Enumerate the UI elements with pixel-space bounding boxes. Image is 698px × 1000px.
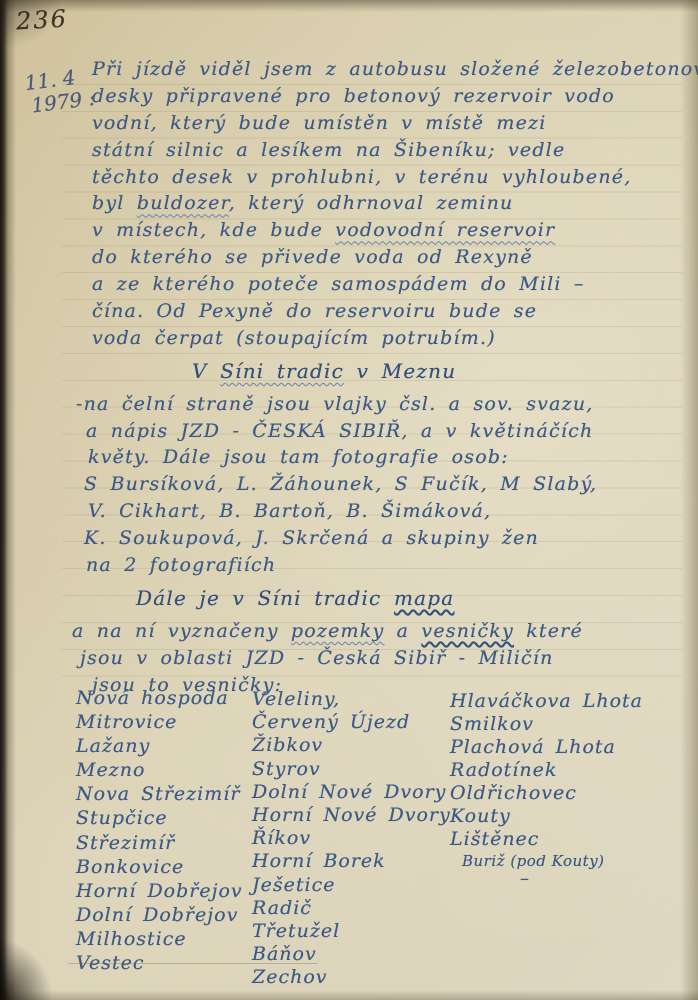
handwritten-line: byl buldozer, který odhrnoval zeminu [92, 190, 688, 217]
village-list-item: Veleliny, [252, 688, 451, 711]
handwritten-line: desky připravené pro betonový rezervoir … [92, 83, 688, 110]
village-list-item: Střezimíř [76, 831, 243, 855]
page-number: 236 [15, 5, 68, 36]
scan-edge-bottom [0, 990, 698, 1000]
handwritten-heading: V Síni tradic v Meznu [192, 352, 688, 391]
handwritten-line: Při jízdě viděl jsem z autobusu složené … [92, 56, 688, 83]
village-list-item: Nova Střezimíř [76, 782, 243, 806]
village-list-item: Dolní Nové Dvory [252, 781, 451, 804]
village-list-item: Smilkov [450, 713, 643, 736]
handwritten-line: květy. Dále jsou tam fotografie osob: [88, 444, 688, 471]
village-list-item: Bonkovice [76, 855, 243, 879]
village-list-item: Mezno [76, 758, 243, 782]
village-list-item: Dolní Dobřejov [76, 903, 243, 927]
village-list-item: Radotínek [450, 759, 643, 782]
village-list-item: Mitrovice [76, 710, 243, 734]
handwritten-line: a ze kterého poteče samospádem do Mili – [92, 271, 688, 298]
village-list-item: Říkov [252, 827, 451, 850]
handwritten-line: těchto desek v prohlubni, v terénu vyhlo… [92, 164, 688, 191]
village-list-column-3: Hlaváčkova LhotaSmilkovPlachová LhotaRad… [450, 690, 643, 851]
village-list-item: Oldřichovec [450, 782, 643, 805]
bottom-pencil-rule [68, 963, 318, 964]
village-list-item: Červený Újezd [252, 711, 451, 734]
handwritten-line: státní silnic a lesíkem na Šibeníku; ved… [92, 137, 688, 164]
village-list-item: Stupčice [76, 806, 243, 830]
village-list-item: Lištěnec [450, 828, 643, 851]
village-list-item: Horní Dobřejov [76, 879, 243, 903]
margin-date: 11. 4 1979 : [23, 64, 96, 118]
village-list-item: Horní Borek [252, 850, 451, 873]
handwritten-line: -na čelní straně jsou vlajky čsl. a sov.… [76, 391, 688, 418]
village-list-item: Plachová Lhota [450, 736, 643, 759]
scan-edge-left [0, 0, 16, 1000]
handwritten-heading: Dále je v Síni tradic mapa [136, 579, 688, 618]
village-list-item: Hlaváčkova Lhota [450, 690, 643, 713]
handwritten-line: a nápis JZD - ČESKÁ SIBIŘ, a v květináčí… [86, 418, 688, 445]
village-list-item: Žibkov [252, 734, 451, 757]
village-list-item: Ješetice [252, 874, 451, 897]
scan-corner-bottom-left [0, 920, 70, 1000]
scan-edge-top [0, 0, 698, 12]
village-list-item: Milhostice [76, 927, 243, 951]
village-note-small: Buriž (pod Kouty) [462, 852, 605, 870]
handwritten-line: vodní, který bude umístěn v místě mezi [92, 110, 688, 137]
handwritten-line: do kterého se přivede voda od Rexyně [92, 244, 688, 271]
village-list-column-1: Nová hospodaMitroviceLažanyMeznoNova Stř… [76, 686, 243, 975]
village-list-item: Zechov [252, 966, 451, 989]
handwritten-line: K. Soukupová, J. Skrčená a skupiny žen [84, 525, 688, 552]
handwritten-line: na 2 fotografiích [86, 552, 688, 579]
chronicle-page-scan: 236 11. 4 1979 : Při jízdě viděl jsem z … [0, 0, 698, 1000]
handwritten-line: voda čerpat (stoupajícím potrubím.) [92, 325, 688, 352]
handwritten-body-text: Při jízdě viděl jsem z autobusu složené … [92, 56, 688, 698]
handwritten-line: čína. Od Pexyně do reservoiru bude se [92, 298, 688, 325]
village-list-item: Radič [252, 897, 451, 920]
footnote-dash: – [520, 868, 529, 889]
village-list-item: Nová hospoda [76, 686, 243, 710]
handwritten-line: V. Cikhart, B. Bartoň, B. Šimáková, [88, 498, 688, 525]
village-list-column-2: Veleliny,Červený ÚjezdŽibkovStyrovDolní … [252, 688, 451, 990]
village-list-item: Kouty [450, 805, 643, 828]
handwritten-line: S Bursíková, L. Žáhounek, S Fučík, M Sla… [84, 471, 688, 498]
handwritten-line: jsou v oblasti JZD - Česká Sibiř - Milič… [80, 645, 688, 672]
handwritten-line: v místech, kde bude vodovodní reservoir [92, 217, 688, 244]
village-list-item: Horní Nové Dvory [252, 804, 451, 827]
village-list-item: Lažany [76, 734, 243, 758]
handwritten-line: a na ní vyznačeny pozemky a vesničky kte… [72, 618, 688, 645]
village-list-item: Styrov [252, 758, 451, 781]
village-list-item: Třetužel [252, 920, 451, 943]
